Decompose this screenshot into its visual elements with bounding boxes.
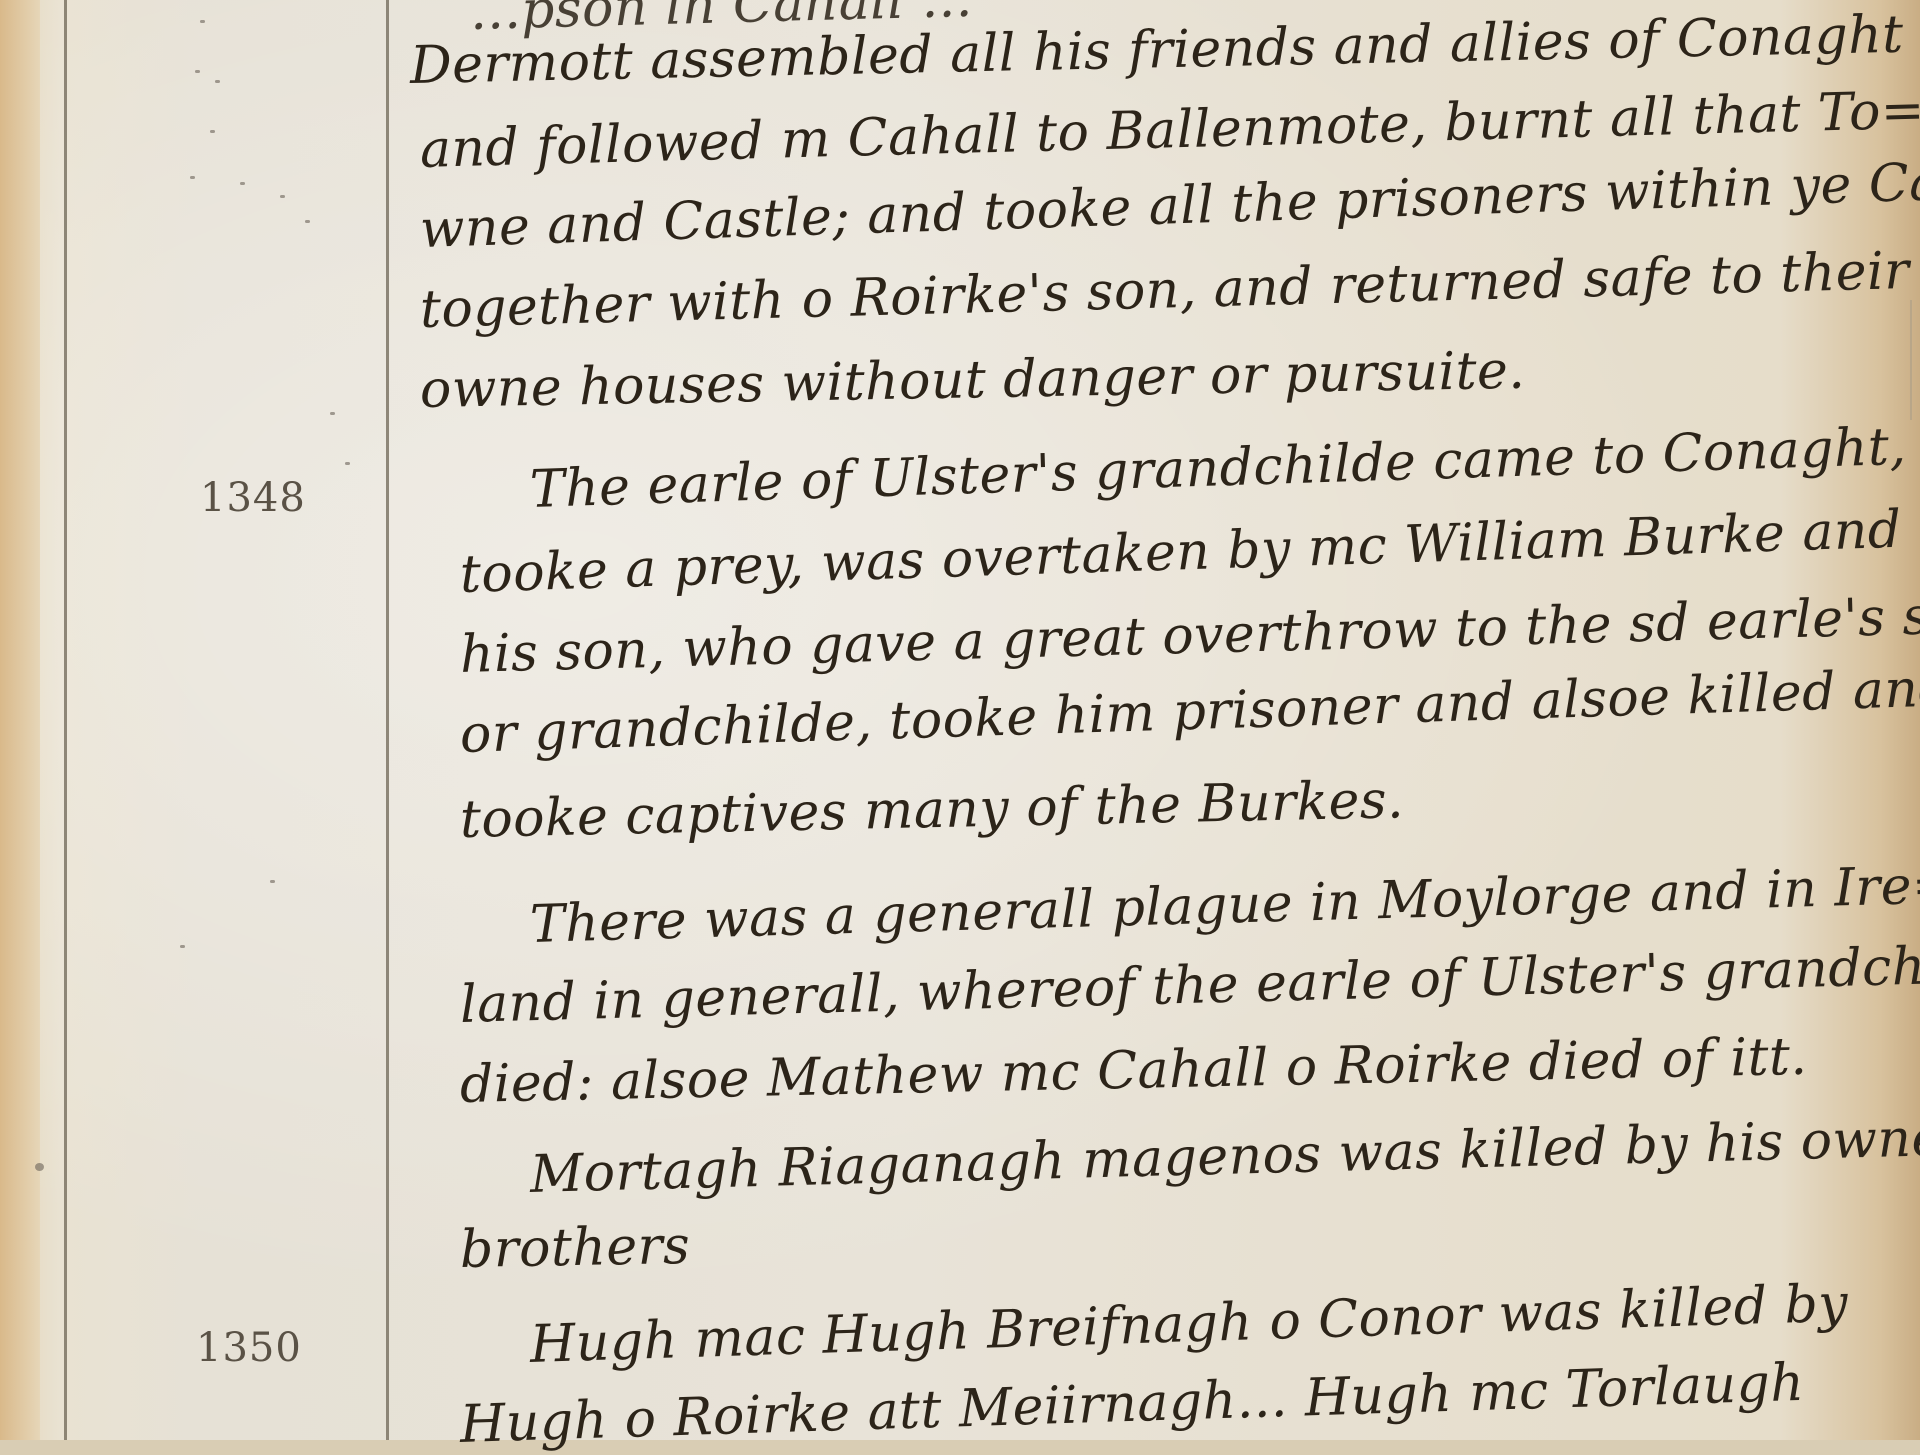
ink-speck [270, 880, 275, 883]
text-line-paragraph-start: Mortagh Riaganagh magenos was killed by … [529, 1108, 1920, 1205]
text-line: tooke a prey, was overtaken by mc Willia… [459, 500, 1902, 605]
text-line: owne houses without danger or pursuite. [419, 341, 1525, 420]
ink-speck [305, 220, 310, 223]
right-margin-rule [386, 0, 389, 1440]
ink-speck [330, 412, 335, 415]
manuscript-text-block: ...pson in Cahall ... Dermott assembled … [440, 0, 1880, 1440]
ink-speck [195, 70, 200, 73]
margin-year-1348: 1348 [200, 475, 306, 521]
ink-speck [280, 195, 285, 198]
left-margin-rule [64, 0, 67, 1440]
ink-speck [345, 462, 350, 465]
text-line-paragraph-start: The earle of Ulster's grandchilde came t… [529, 417, 1907, 520]
faint-ruling-line [1910, 300, 1912, 420]
page-gutter-edge [0, 0, 40, 1440]
ink-speck [210, 130, 215, 133]
ink-speck [200, 20, 205, 23]
ink-speck [190, 176, 195, 179]
text-line: together with o Roirke's son, and return… [419, 241, 1910, 340]
margin-year-1350: 1350 [196, 1325, 302, 1371]
text-line: tooke captives many of the Burkes. [459, 770, 1404, 850]
text-line: died: alsoe Mathew mc Cahall o Roirke di… [459, 1027, 1808, 1115]
manuscript-page: 1348 1350 ...pson in Cahall ... Dermott … [0, 0, 1920, 1440]
ink-dot [35, 1163, 44, 1171]
ink-speck [215, 80, 220, 83]
text-line: brothers [459, 1216, 690, 1280]
text-line-paragraph-start: There was a generall plague in Moylorge … [529, 855, 1920, 955]
ink-speck [180, 945, 185, 948]
ink-speck [240, 182, 245, 185]
